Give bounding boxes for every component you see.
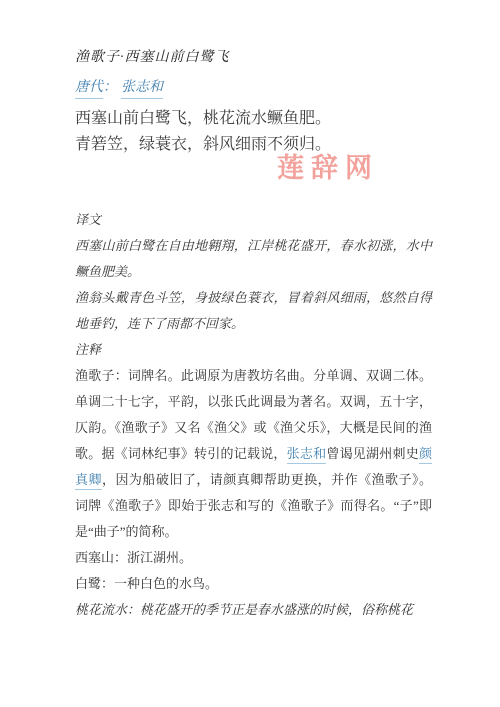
notes-heading: 注释 (75, 337, 432, 363)
poem-body: 西塞山前白鹭飞，桃花流水鳜鱼肥。 青箬笠，绿蓑衣，斜风细雨不须归。 (75, 106, 432, 158)
note-item: 白鹭：一种白色的水鸟。 (75, 571, 432, 597)
translation-paragraph: 西塞山前白鹭在自由地翱翔，江岸桃花盛开，春水初涨，水中鳜鱼肥美。 (75, 233, 432, 285)
poem-line: 西塞山前白鹭飞，桃花流水鳜鱼肥。 (75, 106, 432, 132)
author-link[interactable]: 张志和 (121, 80, 163, 99)
note-item: 西塞山：浙江湖州。 (75, 545, 432, 571)
page-title: 渔歌子·西塞山前白鹭飞 (75, 48, 432, 68)
note-item-term: 渔歌子：词牌名。此调原为唐教坊名曲。分单调、双调二体。单调二十七字，平韵，以张氏… (75, 363, 432, 545)
poem-page: { "poem": { "title": "渔歌子·西塞山前白鹭飞", "byl… (0, 0, 500, 707)
byline-colon: ： (103, 80, 117, 95)
poem-line: 青箬笠，绿蓑衣，斜风细雨不须归。 (75, 132, 432, 158)
zhangzhihe-inline-link[interactable]: 张志和 (287, 446, 327, 464)
note-text: ，因为船破旧了，请颜真卿帮助更换，并作《渔歌子》。词牌《渔歌子》即始于张志和写的… (75, 472, 432, 539)
translation-heading: 译文 (75, 207, 432, 233)
note-text: 曾谒见湖州刺史 (326, 446, 419, 461)
dynasty-link[interactable]: 唐代 (75, 80, 103, 99)
byline: 唐代：张志和 (75, 79, 432, 97)
note-item: 桃花流水：桃花盛开的季节正是春水盛涨的时候，俗称桃花 (75, 597, 432, 623)
translation-paragraph: 渔翁头戴青色斗笠，身披绿色蓑衣，冒着斜风细雨，悠然自得地垂钓，连下了雨都不回家。 (75, 285, 432, 337)
page-content: 渔歌子·西塞山前白鹭飞 唐代：张志和 西塞山前白鹭飞，桃花流水鳜鱼肥。 青箬笠，… (75, 48, 432, 623)
